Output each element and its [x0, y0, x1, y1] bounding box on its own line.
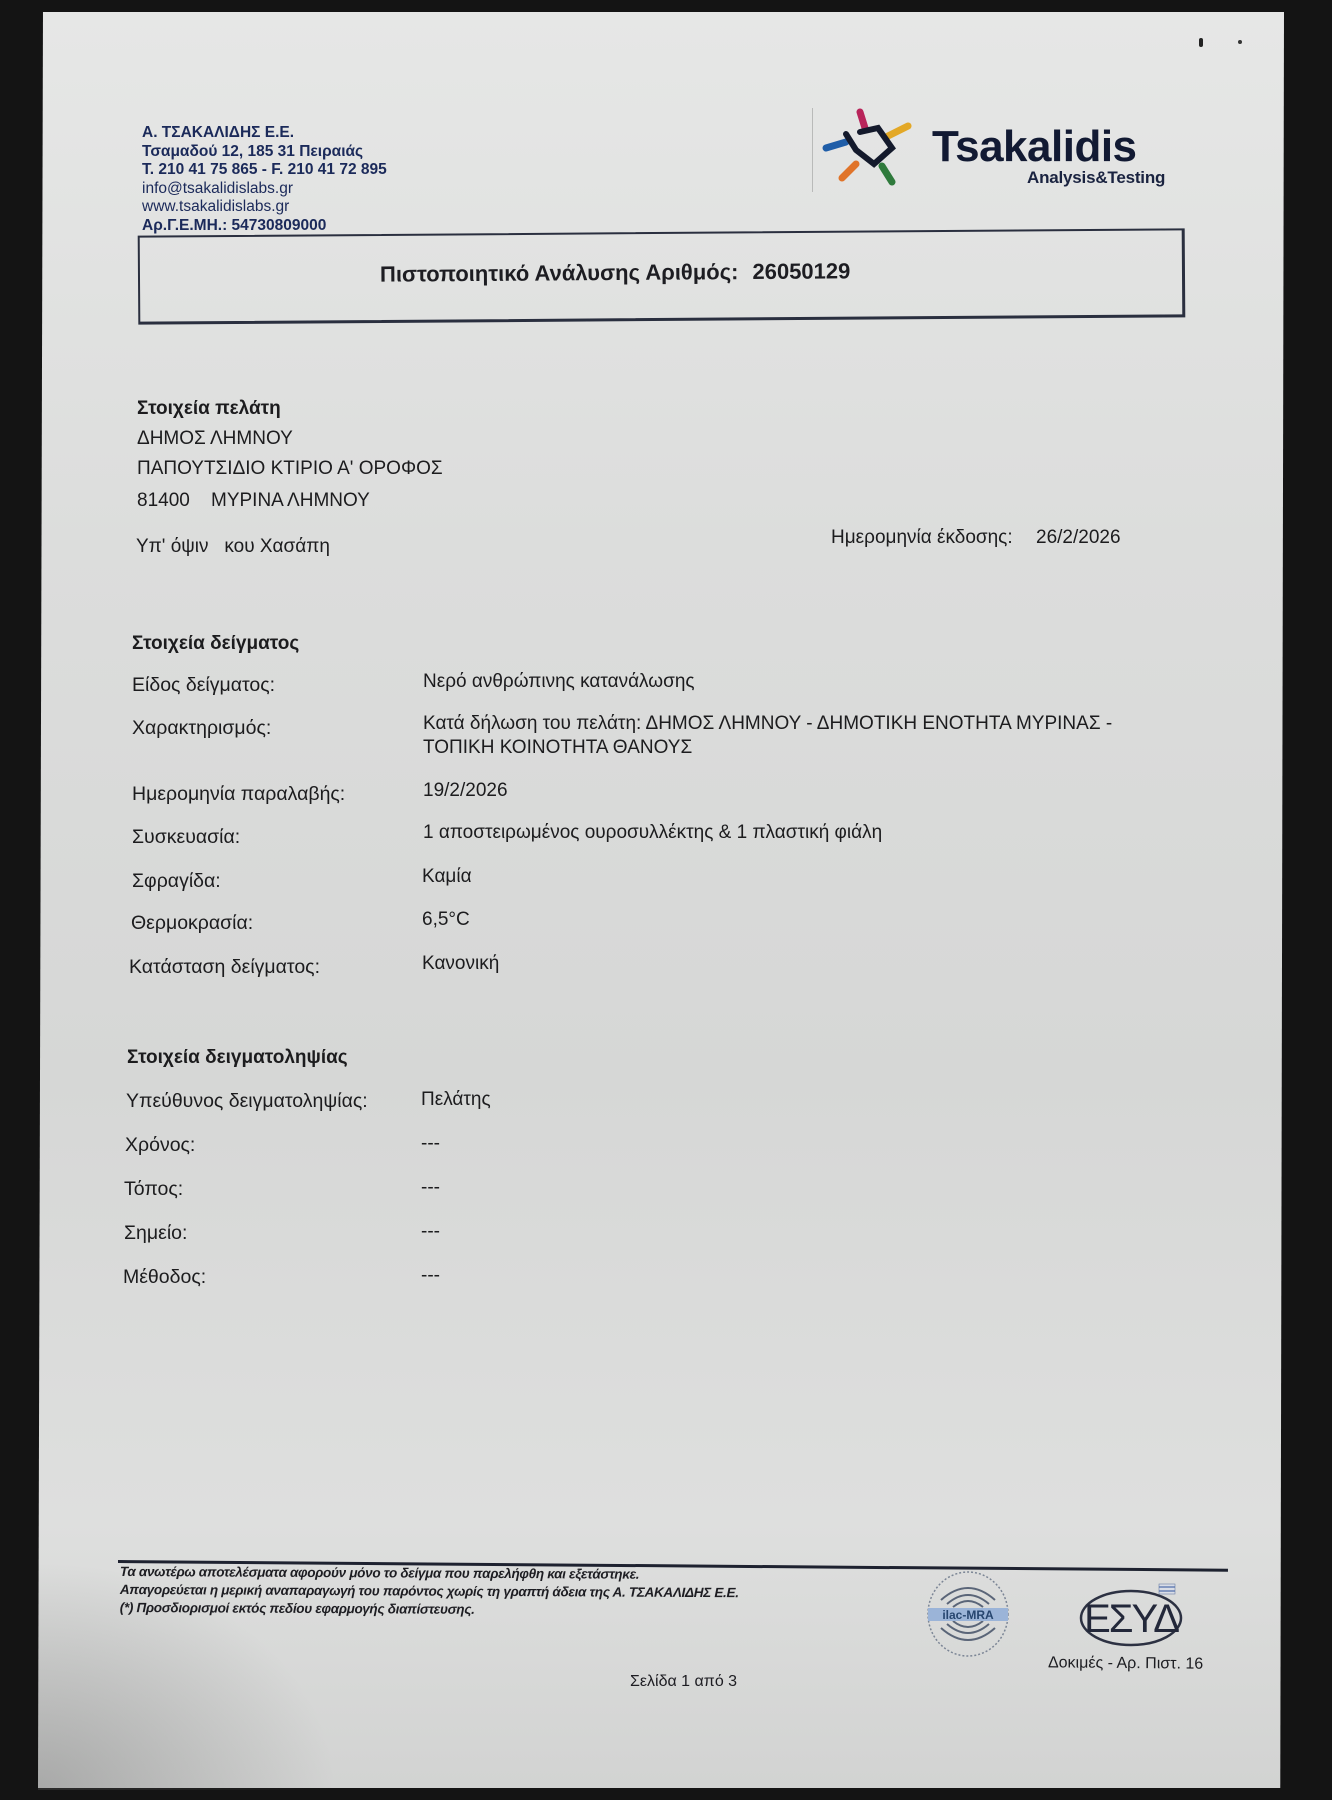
issue-date-value: 26/2/2026: [1036, 527, 1121, 549]
company-name: Α. ΤΣΑΚΑΛΙΔΗΣ Ε.Ε.: [142, 124, 387, 143]
seal-value: Καμία: [422, 865, 472, 889]
receipt-date-value: 19/2/2026: [423, 779, 508, 803]
client-city: ΜΥΡΙΝΑ ΛΗΜΝΟΥ: [211, 490, 370, 512]
sampling-place-value: ---: [421, 1176, 440, 1200]
certificate-label: Πιστοποιητικό Ανάλυσης Αριθμός:: [380, 259, 739, 287]
esyd-logo: ΕΣΥΔ: [1075, 1582, 1197, 1650]
company-info: Α. ΤΣΑΚΑΛΙΔΗΣ Ε.Ε. Τσαμαδού 12, 185 31 Π…: [142, 124, 387, 235]
company-email: info@tsakalidislabs.gr: [142, 180, 387, 199]
sampling-method-label: Μέθοδος:: [123, 1266, 206, 1289]
ilac-mra-logo: ilac-MRA: [925, 1570, 1011, 1658]
paper-mark: [1238, 40, 1242, 44]
accreditation-number: Δοκιμές - Αρ. Πιστ. 16: [1048, 1654, 1203, 1673]
sample-type-value: Νερό ανθρώπινης κατανάλωσης: [423, 670, 695, 694]
company-gemi: Αρ.Γ.Ε.ΜΗ.: 54730809000: [142, 217, 387, 236]
sampling-method-value: ---: [421, 1264, 440, 1288]
company-address: Τσαμαδού 12, 185 31 Πειραιάς: [142, 143, 387, 162]
temperature-label: Θερμοκρασία:: [131, 912, 253, 935]
sampling-responsible-value: Πελάτης: [421, 1088, 491, 1112]
esyd-icon: ΕΣΥΔ: [1075, 1582, 1197, 1650]
sample-type-label: Είδος δείγματος:: [132, 674, 275, 697]
sample-heading: Στοιχεία δείγματος: [132, 633, 299, 655]
issue-date-label: Ημερομηνία έκδοσης:: [831, 527, 1013, 549]
packaging-label: Συσκευασία:: [132, 826, 240, 849]
logo-mark-icon: [816, 106, 926, 192]
sampling-time-label: Χρόνος:: [125, 1134, 195, 1157]
svg-text:ΕΣΥΔ: ΕΣΥΔ: [1084, 1597, 1179, 1641]
client-attention: Υπ' όψιν κου Χασάπη: [136, 536, 330, 558]
sampling-point-label: Σημείο:: [124, 1222, 187, 1245]
company-phone-fax: Τ. 210 41 75 865 - F. 210 41 72 895: [142, 161, 387, 180]
paper-mark: [1199, 38, 1203, 47]
characterization-label: Χαρακτηρισμός:: [132, 717, 271, 740]
logo-brand: Tsakalidis: [932, 122, 1137, 172]
logo-tagline: Analysis&Testing: [1027, 168, 1165, 188]
sampling-heading: Στοιχεία δειγματοληψίας: [127, 1047, 348, 1069]
characterization-value: Κατά δήλωση του πελάτη: ΔΗΜΟΣ ΛΗΜΝΟΥ - Δ…: [423, 712, 1112, 736]
footer-notes: Τα ανωτέρω αποτελέσματα αφορούν μόνο το …: [120, 1563, 739, 1620]
sample-condition-value: Κανονική: [422, 952, 499, 976]
sampling-responsible-label: Υπεύθυνος δειγματοληψίας:: [126, 1090, 368, 1113]
temperature-value: 6,5°C: [422, 908, 470, 932]
sampling-point-value: ---: [421, 1220, 440, 1244]
receipt-date-label: Ημερομηνία παραλαβής:: [132, 783, 345, 806]
client-address: ΠΑΠΟΥΤΣΙΔΙΟ ΚΤΙΡΙΟ Α' ΟΡΟΦΟΣ: [137, 458, 443, 480]
tsakalidis-logo: Tsakalidis Analysis&Testing: [812, 104, 1192, 194]
characterization-value-line2: ΤΟΠΙΚΗ ΚΟΙΝΟΤΗΤΑ ΘΑΝΟΥΣ: [423, 736, 692, 760]
client-name: ΔΗΜΟΣ ΛΗΜΝΟΥ: [137, 428, 293, 450]
client-postal-code: 81400: [137, 490, 190, 512]
company-website: www.tsakalidislabs.gr: [142, 198, 387, 217]
sample-condition-label: Κατάσταση δείγματος:: [129, 956, 320, 979]
client-heading: Στοιχεία πελάτη: [137, 398, 281, 420]
sampling-time-value: ---: [421, 1132, 440, 1156]
footer-note: (*) Προσδιορισμοί εκτός πεδίου εφαρμογής…: [120, 1599, 739, 1620]
seal-label: Σφραγίδα:: [132, 870, 221, 893]
sampling-place-label: Τόπος:: [124, 1178, 183, 1201]
ilac-mra-icon: ilac-MRA: [925, 1570, 1011, 1658]
certificate-number: 26050129: [752, 258, 850, 284]
certificate-title: Πιστοποιητικό Ανάλυσης Αριθμός:26050129: [380, 258, 850, 287]
logo-divider: [812, 108, 813, 192]
packaging-value: 1 αποστειρωμένος ουροσυλλέκτης & 1 πλαστ…: [423, 821, 882, 845]
svg-text:ilac-MRA: ilac-MRA: [942, 1608, 994, 1622]
page-number: Σελίδα 1 από 3: [630, 1673, 737, 1691]
